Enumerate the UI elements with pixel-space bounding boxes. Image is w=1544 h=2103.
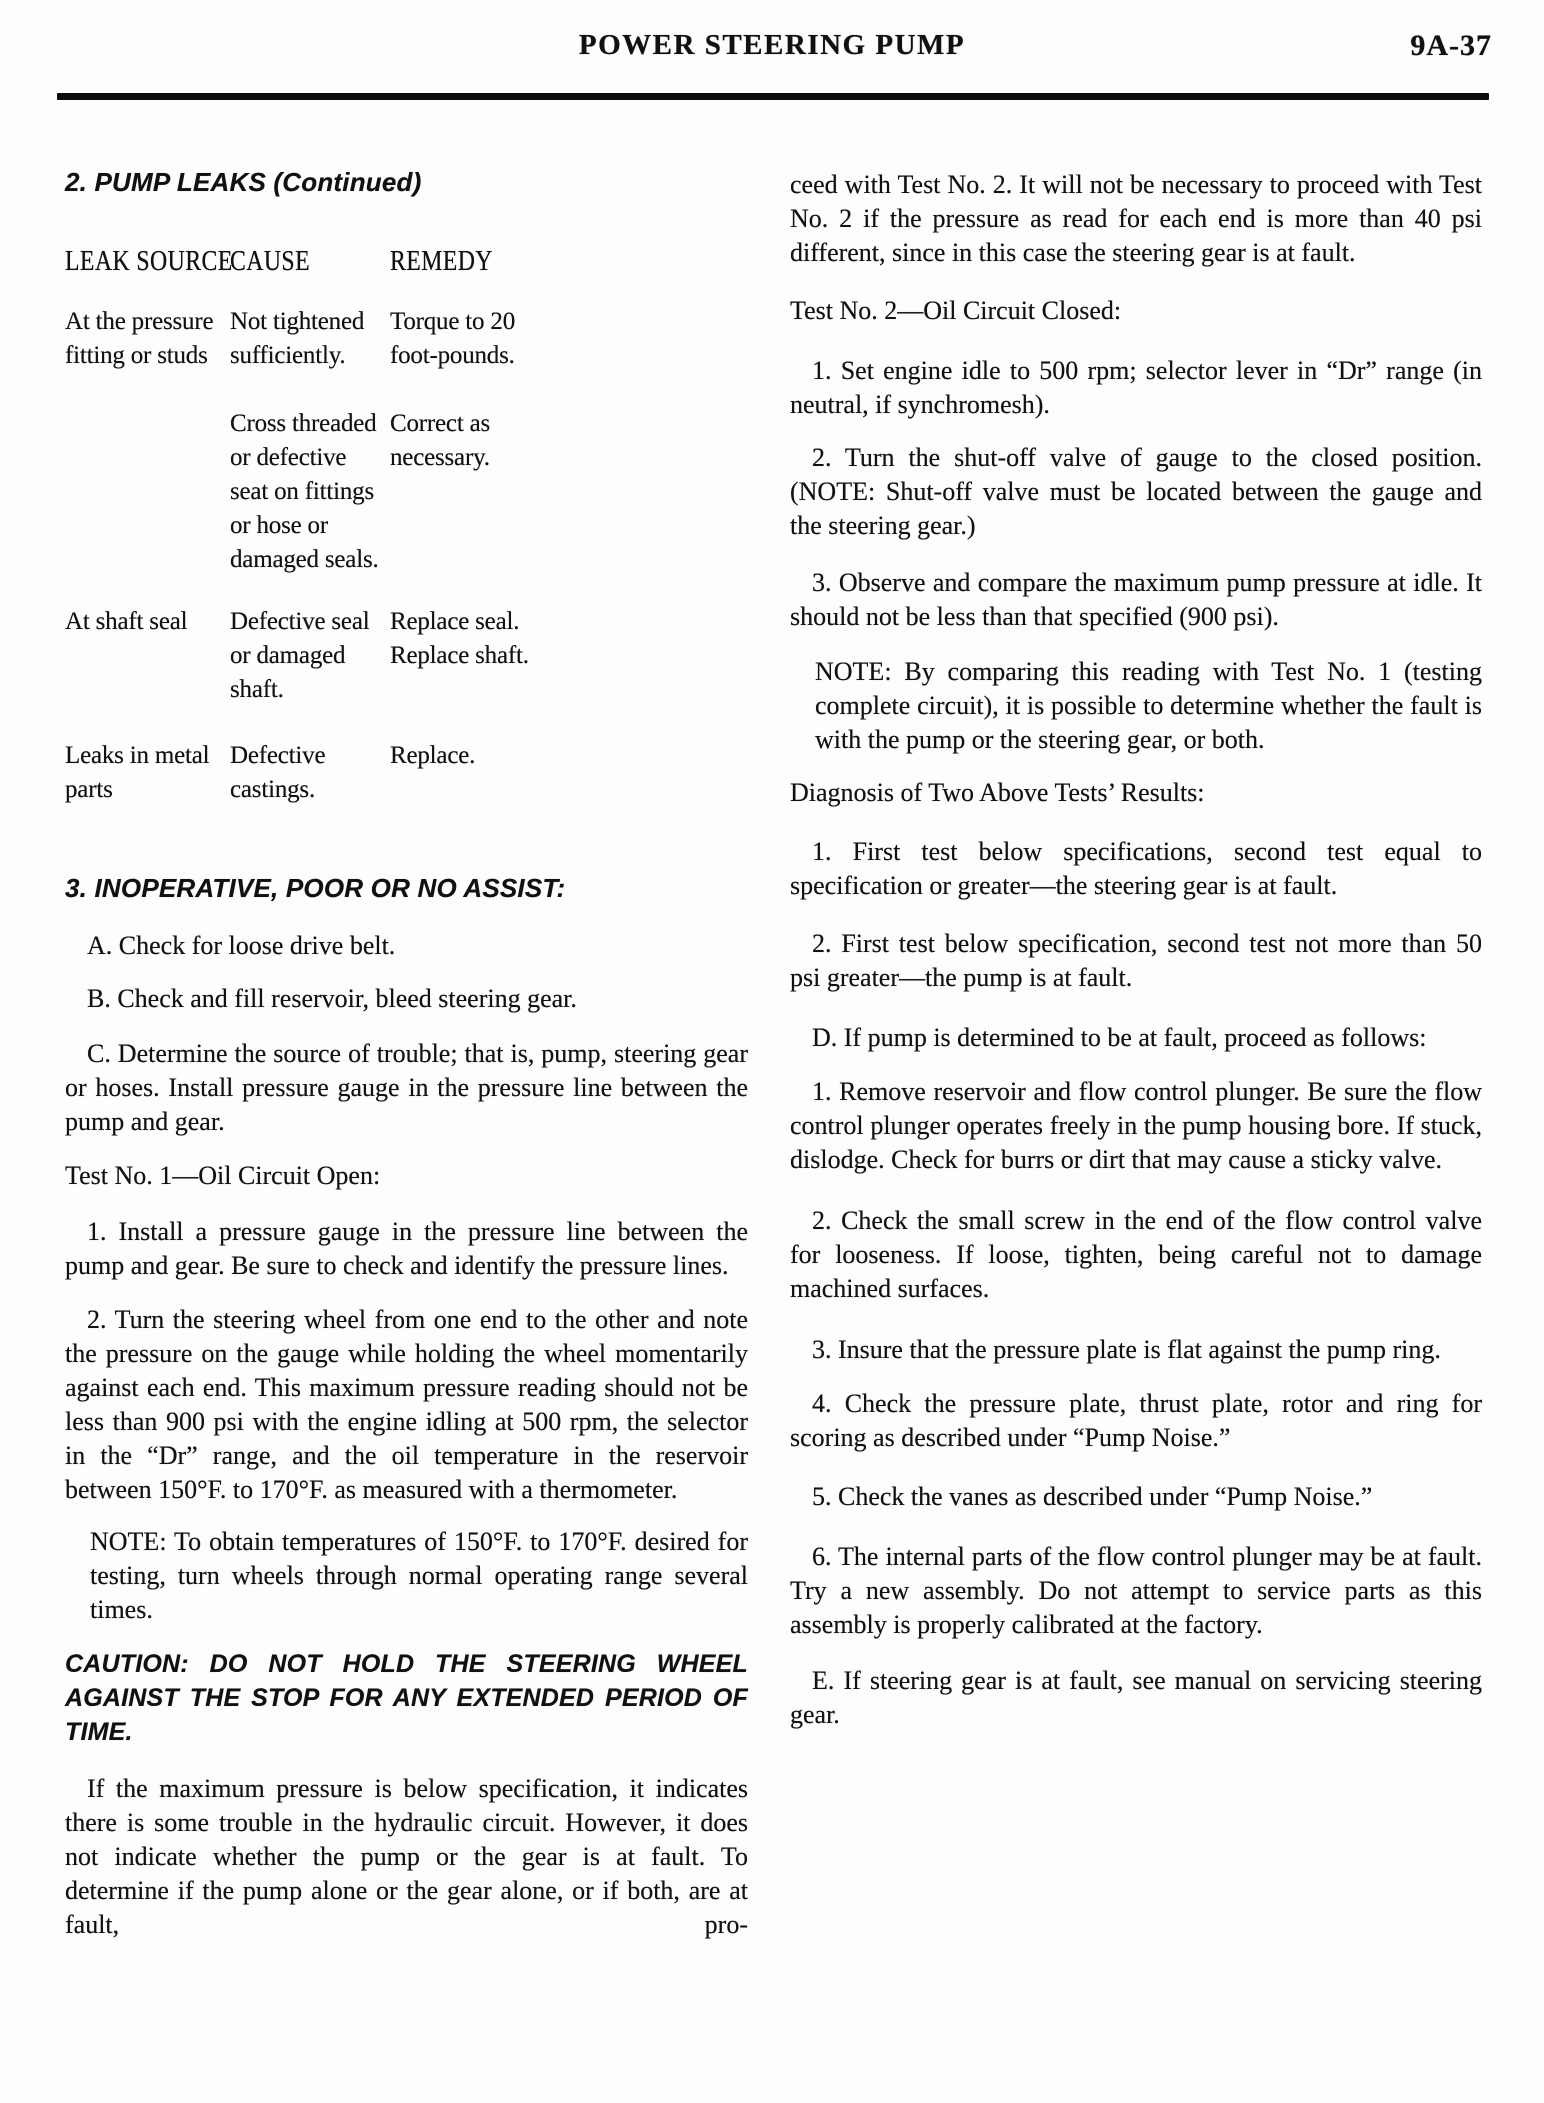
remedy-cell: Replace seal. Replace shaft.: [390, 605, 556, 707]
left-column: 2. PUMP LEAKS (Continued) LEAK SOURCE CA…: [65, 165, 748, 1942]
leak-source-cell: Leaks in metal parts: [65, 739, 230, 807]
note-temperatures: NOTE: To obtain temperatures of 150°F. t…: [90, 1525, 748, 1627]
remedy-header: REMEDY: [390, 243, 684, 279]
leak-table-row: At the pressure fitting or studs Not tig…: [65, 305, 748, 373]
cause-cell: Not tightened sufficiently.: [230, 305, 390, 373]
paragraph-diagnosis-2: 2. First test below specification, secon…: [790, 927, 1482, 995]
paragraph-d-step2: 2. Check the small screw in the end of t…: [790, 1204, 1482, 1306]
header-rule: [57, 93, 1489, 100]
remedy-cell: Replace.: [390, 739, 556, 807]
paragraph-item-a: A. Check for loose drive belt.: [65, 929, 748, 963]
paragraph-closing: If the maximum pressure is below specifi…: [65, 1772, 748, 1942]
cause-header: CAUSE: [230, 243, 361, 279]
leak-table-row: At shaft seal Defective seal or damaged …: [65, 605, 748, 707]
remedy-cell: Correct as necessary.: [390, 407, 556, 577]
leak-source-cell: [65, 407, 230, 577]
test-1-heading: Test No. 1—Oil Circuit Open:: [65, 1159, 748, 1193]
leak-source-cell: At shaft seal: [65, 605, 230, 707]
caution-paragraph: CAUTION: DO NOT HOLD THE STEERING WHEEL …: [65, 1647, 748, 1749]
paragraph-continuation: ceed with Test No. 2. It will not be nec…: [790, 168, 1482, 270]
paragraph-item-e: E. If steering gear is at fault, see man…: [790, 1664, 1482, 1732]
running-head: POWER STEERING PUMP 9A-37: [0, 28, 1544, 72]
paragraph-d-step5: 5. Check the vanes as described under “P…: [790, 1480, 1482, 1514]
manual-page: POWER STEERING PUMP 9A-37 2. PUMP LEAKS …: [0, 0, 1544, 2103]
section-3-heading: 3. INOPERATIVE, POOR OR NO ASSIST:: [65, 871, 748, 905]
cause-cell: Cross threaded or defective seat on fitt…: [230, 407, 390, 577]
paragraph-test1-step1: 1. Install a pressure gauge in the press…: [65, 1215, 748, 1283]
right-column: ceed with Test No. 2. It will not be nec…: [790, 165, 1482, 1732]
test-2-heading: Test No. 2—Oil Circuit Closed:: [790, 294, 1482, 328]
paragraph-test2-step1: 1. Set engine idle to 500 rpm; selector …: [790, 354, 1482, 422]
diagnosis-heading: Diagnosis of Two Above Tests’ Results:: [790, 776, 1482, 810]
page-number: 9A-37: [1410, 29, 1492, 63]
paragraph-d-step4: 4. Check the pressure plate, thrust plat…: [790, 1387, 1482, 1455]
paragraph-test1-step2: 2. Turn the steering wheel from one end …: [65, 1303, 748, 1507]
paragraph-item-c: C. Determine the source of trouble; that…: [65, 1037, 748, 1139]
leak-table-row: Cross threaded or defective seat on fitt…: [65, 407, 748, 577]
paragraph-d-step3: 3. Insure that the pressure plate is fla…: [790, 1333, 1482, 1367]
paragraph-test2-step3: 3. Observe and compare the maximum pump …: [790, 566, 1482, 634]
paragraph-d-step6: 6. The internal parts of the flow contro…: [790, 1540, 1482, 1642]
leak-table: LEAK SOURCE CAUSE REMEDY At the pressure…: [65, 243, 748, 807]
paragraph-test2-step2: 2. Turn the shut-off valve of gauge to t…: [790, 441, 1482, 543]
page-title: POWER STEERING PUMP: [0, 28, 1544, 62]
cause-cell: Defective castings.: [230, 739, 390, 807]
leak-source-cell: At the pressure fitting or studs: [65, 305, 230, 373]
cause-cell: Defective seal or damaged shaft.: [230, 605, 390, 707]
remedy-cell: Torque to 20 foot-pounds.: [390, 305, 556, 373]
paragraph-item-b: B. Check and fill reservoir, bleed steer…: [65, 982, 748, 1016]
paragraph-item-d: D. If pump is determined to be at fault,…: [790, 1021, 1482, 1055]
leak-source-header: LEAK SOURCE: [65, 243, 200, 279]
leak-table-header-row: LEAK SOURCE CAUSE REMEDY: [65, 243, 748, 279]
section-2-heading: 2. PUMP LEAKS (Continued): [65, 165, 748, 199]
note-comparing: NOTE: By comparing this reading with Tes…: [815, 655, 1482, 757]
paragraph-diagnosis-1: 1. First test below specifications, seco…: [790, 835, 1482, 903]
paragraph-d-step1: 1. Remove reservoir and flow control plu…: [790, 1075, 1482, 1177]
leak-table-row: Leaks in metal parts Defective castings.…: [65, 739, 748, 807]
